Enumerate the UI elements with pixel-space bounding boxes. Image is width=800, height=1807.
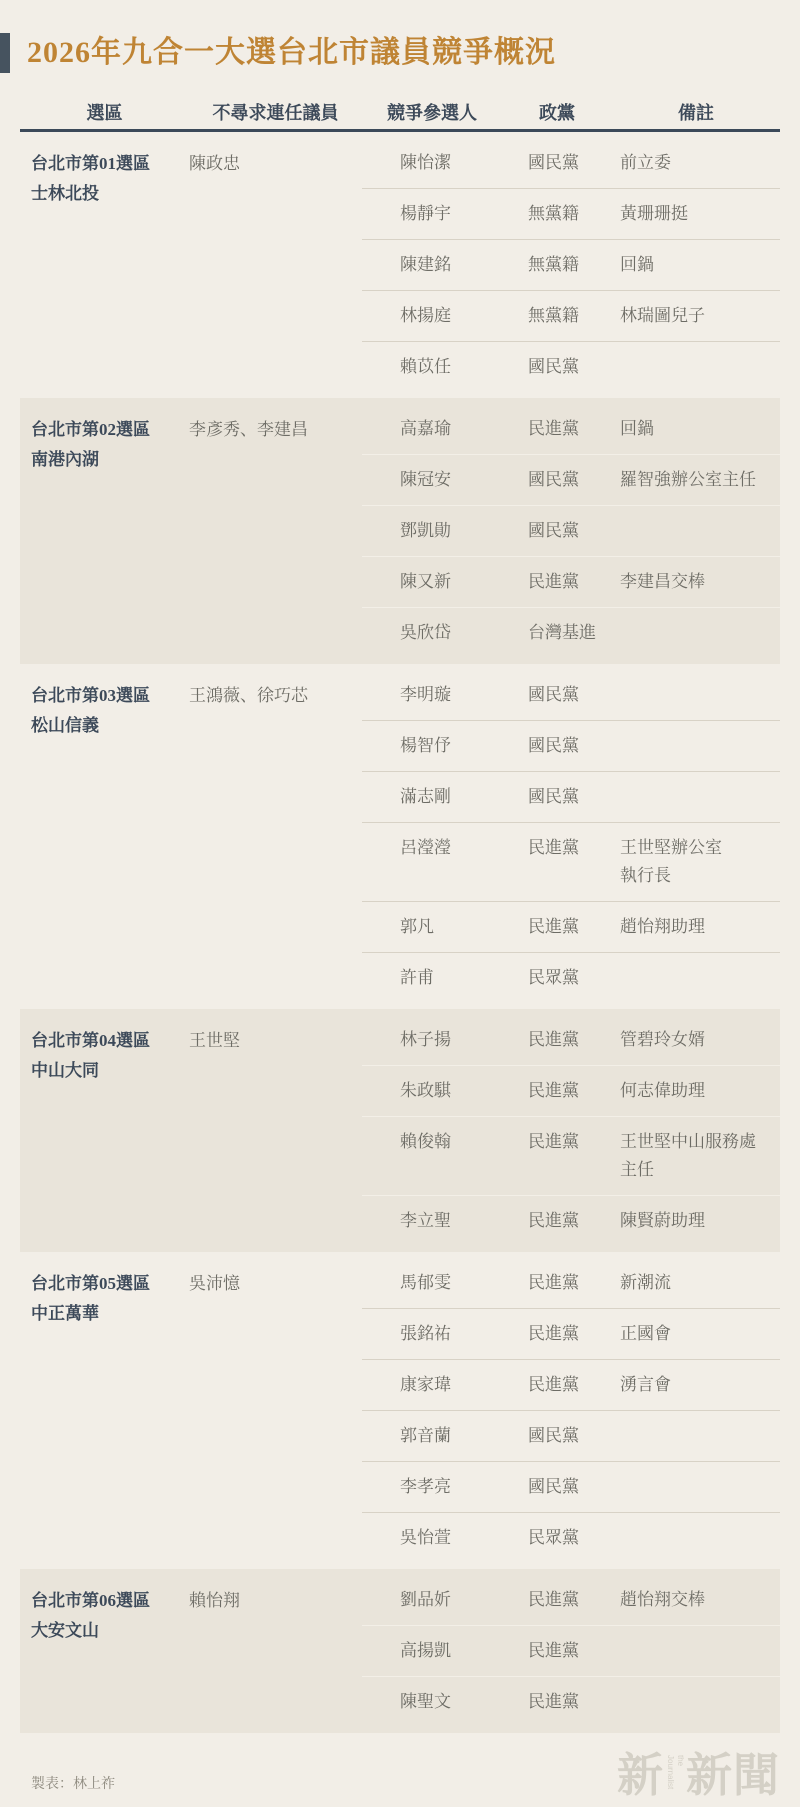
table-header-row: 選區不尋求連任議員競爭參選人政黨備註 xyxy=(20,97,780,129)
note-text: 正國會 xyxy=(620,1309,780,1359)
note-text: 前立委 xyxy=(620,138,780,188)
candidate-row: 吳欣岱台灣基進 xyxy=(362,607,780,658)
candidate-row: 李立聖民進黨陳賢蔚助理 xyxy=(362,1195,780,1246)
column-header: 選區 xyxy=(20,97,189,129)
candidate-name: 高揚凱 xyxy=(400,1626,528,1676)
candidate-name: 高嘉瑜 xyxy=(400,404,528,454)
party-name: 國民黨 xyxy=(528,506,620,556)
district-section: 台北市第01選區 士林北投陳政忠陳怡潔國民黨前立委楊靜宇無黨籍黃珊珊挺陳建銘無黨… xyxy=(20,132,780,398)
note-text xyxy=(620,506,780,528)
publisher-logo: 新 the Journalist 新聞 xyxy=(617,1753,780,1799)
candidate-row: 林揚庭無黨籍林瑞圖兒子 xyxy=(362,290,780,341)
note-text: 回鍋 xyxy=(620,404,780,454)
party-name: 民進黨 xyxy=(528,1626,620,1676)
district-name: 台北市第01選區 士林北投 xyxy=(20,138,189,392)
note-text: 管碧玲女婿 xyxy=(620,1015,780,1065)
retiring-incumbents: 陳政忠 xyxy=(189,138,362,392)
note-text xyxy=(620,1677,780,1699)
candidate-name: 張銘祐 xyxy=(400,1309,528,1359)
note-text xyxy=(620,1626,780,1648)
candidate-row: 陳建銘無黨籍回鍋 xyxy=(362,239,780,290)
party-name: 民進黨 xyxy=(528,902,620,952)
candidate-name: 陳建銘 xyxy=(400,240,528,290)
candidate-row: 陳又新民進黨李建昌交棒 xyxy=(362,556,780,607)
column-header: 不尋求連任議員 xyxy=(189,97,362,129)
note-text: 羅智強辦公室主任 xyxy=(620,455,780,505)
retiring-incumbents: 王世堅 xyxy=(189,1015,362,1246)
retiring-incumbents: 吳沛憶 xyxy=(189,1258,362,1563)
candidate-row: 李孝亮國民黨 xyxy=(362,1461,780,1512)
candidate-name: 吳欣岱 xyxy=(400,608,528,658)
note-text: 林瑞圖兒子 xyxy=(620,291,780,341)
note-text: 新潮流 xyxy=(620,1258,780,1308)
candidate-row: 陳冠安國民黨羅智強辦公室主任 xyxy=(362,454,780,505)
district-name: 台北市第03選區 松山信義 xyxy=(20,670,189,1003)
party-name: 民眾黨 xyxy=(528,953,620,1003)
candidate-row: 張銘祐民進黨正國會 xyxy=(362,1308,780,1359)
party-name: 民進黨 xyxy=(528,823,620,873)
party-name: 國民黨 xyxy=(528,455,620,505)
party-name: 民進黨 xyxy=(528,1677,620,1727)
candidate-rows: 林子揚民進黨管碧玲女婿朱政騏民進黨何志偉助理賴俊翰民進黨王世堅中山服務處 主任李… xyxy=(362,1015,780,1246)
title-accent-bar xyxy=(0,33,10,73)
candidate-name: 楊智伃 xyxy=(400,721,528,771)
logo-text-first: 新 xyxy=(617,1753,664,1799)
candidate-name: 陳聖文 xyxy=(400,1677,528,1727)
note-text xyxy=(620,1513,780,1535)
candidate-rows: 劉品妡民進黨趙怡翔交棒高揚凱民進黨陳聖文民進黨 xyxy=(362,1575,780,1727)
candidate-row: 劉品妡民進黨趙怡翔交棒 xyxy=(362,1575,780,1625)
note-text: 王世堅中山服務處 主任 xyxy=(620,1117,780,1195)
district-section: 台北市第06選區 大安文山賴怡翔劉品妡民進黨趙怡翔交棒高揚凱民進黨陳聖文民進黨 xyxy=(20,1569,780,1733)
district-name: 台北市第04選區 中山大同 xyxy=(20,1015,189,1246)
note-text xyxy=(620,608,780,630)
party-name: 民眾黨 xyxy=(528,1513,620,1563)
note-text xyxy=(620,1462,780,1484)
candidate-row: 林子揚民進黨管碧玲女婿 xyxy=(362,1015,780,1065)
candidate-name: 李孝亮 xyxy=(400,1462,528,1512)
candidate-row: 李明璇國民黨 xyxy=(362,670,780,720)
candidate-row: 朱政騏民進黨何志偉助理 xyxy=(362,1065,780,1116)
candidate-row: 楊靜宇無黨籍黃珊珊挺 xyxy=(362,188,780,239)
candidate-row: 郭音蘭國民黨 xyxy=(362,1410,780,1461)
district-name: 台北市第02選區 南港內湖 xyxy=(20,404,189,658)
note-text xyxy=(620,953,780,975)
candidate-row: 鄧凱勛國民黨 xyxy=(362,505,780,556)
column-header: 政黨 xyxy=(502,97,612,129)
candidate-name: 滿志剛 xyxy=(400,772,528,822)
candidate-name: 吳怡萱 xyxy=(400,1513,528,1563)
candidate-row: 吳怡萱民眾黨 xyxy=(362,1512,780,1563)
candidate-row: 高揚凱民進黨 xyxy=(362,1625,780,1676)
party-name: 國民黨 xyxy=(528,1462,620,1512)
candidate-name: 劉品妡 xyxy=(400,1575,528,1625)
note-text xyxy=(620,772,780,794)
column-header: 備註 xyxy=(612,97,780,129)
note-text: 王世堅辦公室 執行長 xyxy=(620,823,780,901)
candidate-name: 鄧凱勛 xyxy=(400,506,528,556)
candidate-rows: 李明璇國民黨楊智伃國民黨滿志剛國民黨呂瀅瀅民進黨王世堅辦公室 執行長郭凡民進黨趙… xyxy=(362,670,780,1003)
candidate-row: 滿志剛國民黨 xyxy=(362,771,780,822)
candidate-name: 郭音蘭 xyxy=(400,1411,528,1461)
party-name: 無黨籍 xyxy=(528,189,620,239)
logo-subtext: the Journalist xyxy=(665,1755,685,1799)
party-name: 無黨籍 xyxy=(528,291,620,341)
note-text xyxy=(620,721,780,743)
party-name: 國民黨 xyxy=(528,721,620,771)
party-name: 民進黨 xyxy=(528,1309,620,1359)
candidate-row: 郭凡民進黨趙怡翔助理 xyxy=(362,901,780,952)
page-title: 2026年九合一大選台北市議員競爭概況 xyxy=(27,33,556,73)
party-name: 民進黨 xyxy=(528,1360,620,1410)
party-name: 民進黨 xyxy=(528,1015,620,1065)
note-text xyxy=(620,1411,780,1433)
footer: 製表：林上祚 新 the Journalist 新聞 xyxy=(20,1753,780,1799)
party-name: 國民黨 xyxy=(528,1411,620,1461)
candidate-name: 許甫 xyxy=(400,953,528,1003)
candidate-name: 賴俊翰 xyxy=(400,1117,528,1167)
note-text: 趙怡翔交棒 xyxy=(620,1575,780,1625)
district-name: 台北市第05選區 中正萬華 xyxy=(20,1258,189,1563)
party-name: 無黨籍 xyxy=(528,240,620,290)
election-table: 選區不尋求連任議員競爭參選人政黨備註 台北市第01選區 士林北投陳政忠陳怡潔國民… xyxy=(20,73,780,1733)
candidate-row: 賴苡任國民黨 xyxy=(362,341,780,392)
infographic-page: 2026年九合一大選台北市議員競爭概況 選區不尋求連任議員競爭參選人政黨備註 台… xyxy=(0,0,800,1807)
candidate-rows: 陳怡潔國民黨前立委楊靜宇無黨籍黃珊珊挺陳建銘無黨籍回鍋林揚庭無黨籍林瑞圖兒子賴苡… xyxy=(362,138,780,392)
column-header: 競爭參選人 xyxy=(362,97,502,129)
candidate-row: 呂瀅瀅民進黨王世堅辦公室 執行長 xyxy=(362,822,780,901)
party-name: 民進黨 xyxy=(528,1066,620,1116)
candidate-name: 楊靜宇 xyxy=(400,189,528,239)
party-name: 國民黨 xyxy=(528,342,620,392)
credit-line: 製表：林上祚 xyxy=(20,1773,115,1799)
candidate-name: 林揚庭 xyxy=(400,291,528,341)
retiring-incumbents: 王鴻薇、徐巧芯 xyxy=(189,670,362,1003)
district-section: 台北市第04選區 中山大同王世堅林子揚民進黨管碧玲女婿朱政騏民進黨何志偉助理賴俊… xyxy=(20,1009,780,1252)
note-text: 陳賢蔚助理 xyxy=(620,1196,780,1246)
party-name: 國民黨 xyxy=(528,670,620,720)
party-name: 民進黨 xyxy=(528,1196,620,1246)
party-name: 台灣基進 xyxy=(528,608,620,658)
candidate-name: 林子揚 xyxy=(400,1015,528,1065)
candidate-name: 馬郁雯 xyxy=(400,1258,528,1308)
district-section: 台北市第03選區 松山信義王鴻薇、徐巧芯李明璇國民黨楊智伃國民黨滿志剛國民黨呂瀅… xyxy=(20,664,780,1009)
candidate-row: 陳怡潔國民黨前立委 xyxy=(362,138,780,188)
candidate-row: 楊智伃國民黨 xyxy=(362,720,780,771)
candidate-name: 賴苡任 xyxy=(400,342,528,392)
note-text: 李建昌交棒 xyxy=(620,557,780,607)
candidate-row: 許甫民眾黨 xyxy=(362,952,780,1003)
candidate-rows: 高嘉瑜民進黨回鍋陳冠安國民黨羅智強辦公室主任鄧凱勛國民黨陳又新民進黨李建昌交棒吳… xyxy=(362,404,780,658)
retiring-incumbents: 賴怡翔 xyxy=(189,1575,362,1727)
table-body: 台北市第01選區 士林北投陳政忠陳怡潔國民黨前立委楊靜宇無黨籍黃珊珊挺陳建銘無黨… xyxy=(20,132,780,1733)
district-section: 台北市第02選區 南港內湖李彥秀、李建昌高嘉瑜民進黨回鍋陳冠安國民黨羅智強辦公室… xyxy=(20,398,780,664)
candidate-row: 陳聖文民進黨 xyxy=(362,1676,780,1727)
note-text xyxy=(620,342,780,364)
candidate-rows: 馬郁雯民進黨新潮流張銘祐民進黨正國會康家瑋民進黨湧言會郭音蘭國民黨李孝亮國民黨吳… xyxy=(362,1258,780,1563)
note-text: 黃珊珊挺 xyxy=(620,189,780,239)
candidate-row: 高嘉瑜民進黨回鍋 xyxy=(362,404,780,454)
note-text: 回鍋 xyxy=(620,240,780,290)
candidate-name: 康家瑋 xyxy=(400,1360,528,1410)
candidate-row: 馬郁雯民進黨新潮流 xyxy=(362,1258,780,1308)
party-name: 國民黨 xyxy=(528,772,620,822)
party-name: 民進黨 xyxy=(528,1575,620,1625)
district-section: 台北市第05選區 中正萬華吳沛憶馬郁雯民進黨新潮流張銘祐民進黨正國會康家瑋民進黨… xyxy=(20,1252,780,1569)
party-name: 民進黨 xyxy=(528,1258,620,1308)
candidate-name: 李明璇 xyxy=(400,670,528,720)
note-text: 何志偉助理 xyxy=(620,1066,780,1116)
masthead: 2026年九合一大選台北市議員競爭概況 xyxy=(0,33,800,73)
note-text xyxy=(620,670,780,692)
party-name: 國民黨 xyxy=(528,138,620,188)
district-name: 台北市第06選區 大安文山 xyxy=(20,1575,189,1727)
candidate-name: 呂瀅瀅 xyxy=(400,823,528,873)
candidate-row: 賴俊翰民進黨王世堅中山服務處 主任 xyxy=(362,1116,780,1195)
retiring-incumbents: 李彥秀、李建昌 xyxy=(189,404,362,658)
note-text: 趙怡翔助理 xyxy=(620,902,780,952)
candidate-name: 陳冠安 xyxy=(400,455,528,505)
candidate-name: 朱政騏 xyxy=(400,1066,528,1116)
note-text: 湧言會 xyxy=(620,1360,780,1410)
party-name: 民進黨 xyxy=(528,1117,620,1167)
candidate-name: 陳又新 xyxy=(400,557,528,607)
party-name: 民進黨 xyxy=(528,557,620,607)
candidate-row: 康家瑋民進黨湧言會 xyxy=(362,1359,780,1410)
candidate-name: 郭凡 xyxy=(400,902,528,952)
logo-text-rest: 新聞 xyxy=(686,1753,780,1799)
candidate-name: 李立聖 xyxy=(400,1196,528,1246)
candidate-name: 陳怡潔 xyxy=(400,138,528,188)
party-name: 民進黨 xyxy=(528,404,620,454)
